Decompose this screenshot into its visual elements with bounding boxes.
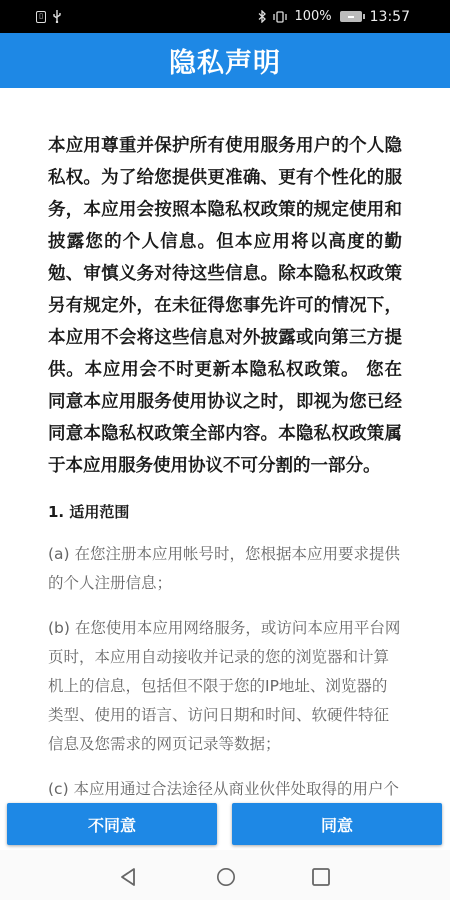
disagree-button[interactable]: 不同意 xyxy=(7,803,217,845)
status-time: 13:57 xyxy=(370,9,410,25)
privacy-content[interactable]: 本应用尊重并保护所有使用服务用户的个人隐私权。为了给您提供更准确、更有个性化的服… xyxy=(0,88,450,800)
status-bar: ▯ 100% 13:57 xyxy=(0,0,450,33)
page-title: 隐私声明 xyxy=(169,41,281,80)
recents-icon xyxy=(311,867,331,887)
status-left: ▯ xyxy=(36,10,62,23)
scope-item-c: (c) 本应用通过合法途径从商业伙伴处取得的用户个人数据。 xyxy=(48,775,402,800)
vibrate-icon xyxy=(272,11,288,23)
section-heading-scope: 1. 适用范围 xyxy=(48,500,402,524)
sim-card-icon: ▯ xyxy=(36,11,46,23)
home-button[interactable] xyxy=(216,867,236,887)
scope-item-b: (b) 在您使用本应用网络服务，或访问本应用平台网页时，本应用自动接收并记录的您… xyxy=(48,614,402,759)
bluetooth-icon xyxy=(258,10,266,23)
usb-icon xyxy=(52,10,62,23)
back-button[interactable] xyxy=(118,867,138,887)
scope-item-a: (a) 在您注册本应用帐号时，您根据本应用要求提供的个人注册信息； xyxy=(48,540,402,598)
action-button-bar: 不同意 同意 xyxy=(0,800,450,850)
recents-button[interactable] xyxy=(311,867,331,887)
intro-paragraph: 本应用尊重并保护所有使用服务用户的个人隐私权。为了给您提供更准确、更有个性化的服… xyxy=(48,130,402,482)
agree-button[interactable]: 同意 xyxy=(232,803,442,845)
status-right: 100% 13:57 xyxy=(258,9,410,25)
battery-percent: 100% xyxy=(294,9,331,24)
battery-icon xyxy=(340,11,362,22)
back-icon xyxy=(119,867,137,887)
home-icon xyxy=(216,866,236,888)
system-nav-bar xyxy=(0,850,450,900)
privacy-statement-screen: ▯ 100% 13:57 隐私声明 本应用尊重并保护所有使用服务用户的个人隐私权… xyxy=(0,0,450,900)
app-header: 隐私声明 xyxy=(0,33,450,88)
